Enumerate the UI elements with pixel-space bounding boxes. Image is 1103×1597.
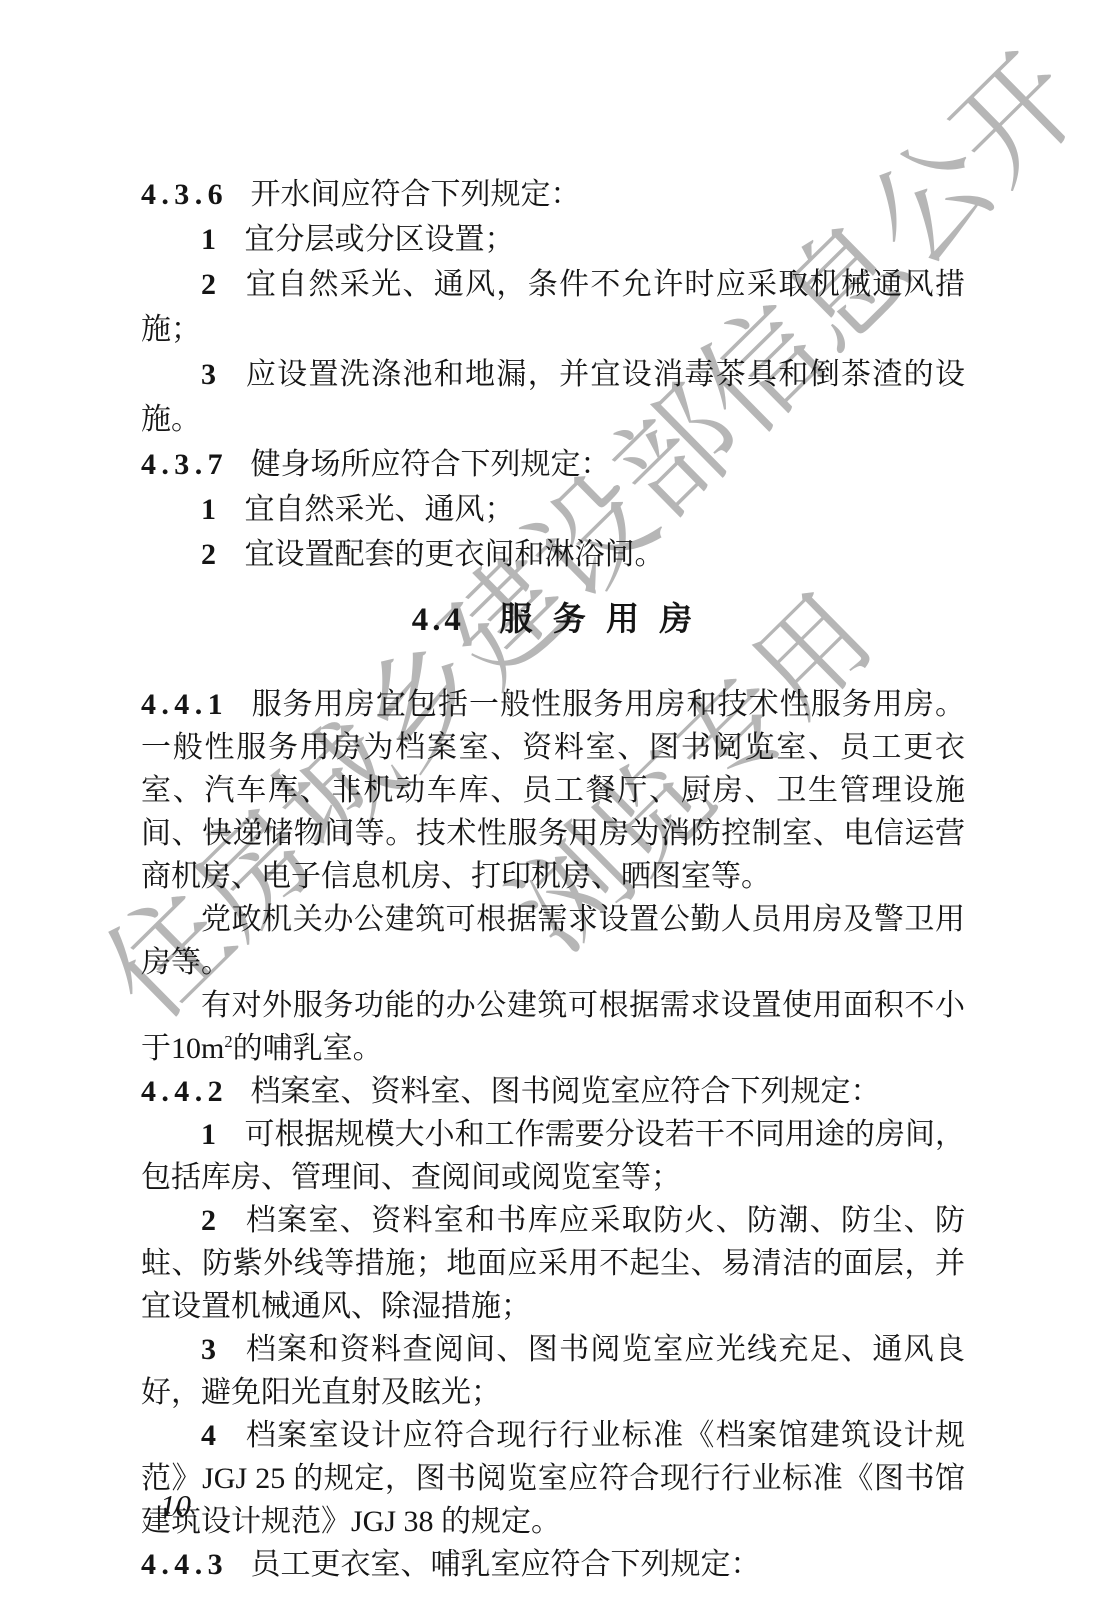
section-title: 服 务 用 房: [500, 602, 695, 638]
clause-4-4-2-item-4: 4档案室设计应符合现行行业标准《档案馆建筑设计规范》JGJ 25 的规定，图书阅…: [141, 1414, 965, 1543]
section-number: 4.4: [412, 602, 465, 638]
clause-4-3-6-item-3: 3应设置洗涤池和地漏，并宜设消毒茶具和倒茶渣的设施。: [141, 352, 965, 442]
clause-4-4-2-item-2: 2档案室、资料室和书库应采取防火、防潮、防尘、防蛀、防紫外线等措施；地面应采用不…: [141, 1199, 965, 1328]
clause-4-4-2-item-3: 3档案和资料查阅间、图书阅览室应光线充足、通风良好，避免阳光直射及眩光；: [141, 1328, 965, 1414]
section-heading-4-4: 4.4服 务 用 房: [141, 598, 965, 643]
clause-text: 档案室、资料室、图书阅览室应符合下列规定：: [251, 1075, 881, 1108]
section-4-4-body: 4.4.1服务用房宜包括一般性服务用房和技术性服务用房。一般性服务用房为档案室、…: [141, 683, 965, 1586]
superscript-2: 2: [224, 1032, 232, 1051]
item-text: 档案和资料查阅间、图书阅览室应光线充足、通风良好，避免阳光直射及眩光；: [141, 1333, 965, 1409]
clause-number: 4.4.1: [141, 688, 228, 721]
item-number: 2: [201, 538, 216, 571]
page-content: 4.3.6开水间应符合下列规定： 1宜分层或分区设置； 2宜自然采光、通风，条件…: [141, 172, 965, 1586]
clause-4-4-2: 4.4.2档案室、资料室、图书阅览室应符合下列规定：: [141, 1070, 965, 1113]
clause-number: 4.4.3: [141, 1548, 228, 1581]
clause-number: 4.4.2: [141, 1075, 228, 1108]
item-number: 1: [201, 223, 216, 256]
paragraph-muru: 有对外服务功能的办公建筑可根据需求设置使用面积不小于10m2的哺乳室。: [141, 984, 965, 1070]
document-page: 住房城乡建设部信息公开 浏览专用 4.3.6开水间应符合下列规定： 1宜分层或分…: [0, 0, 1103, 1597]
item-number: 2: [201, 1204, 216, 1237]
clause-4-3-6-item-1: 1宜分层或分区设置；: [141, 217, 965, 262]
clause-4-3-6-item-2: 2宜自然采光、通风，条件不允许时应采取机械通风措施；: [141, 262, 965, 352]
clause-4-4-1: 4.4.1服务用房宜包括一般性服务用房和技术性服务用房。一般性服务用房为档案室、…: [141, 683, 965, 898]
page-number: 10: [160, 1487, 191, 1525]
item-text: 可根据规模大小和工作需要分设若干不同用途的房间，包括库房、管理间、查阅间或阅览室…: [141, 1118, 965, 1194]
item-number: 4: [201, 1419, 216, 1452]
paragraph-text: 的哺乳室。: [233, 1032, 383, 1065]
item-number: 3: [201, 358, 216, 391]
clause-4-4-2-item-1: 1可根据规模大小和工作需要分设若干不同用途的房间，包括库房、管理间、查阅间或阅览…: [141, 1113, 965, 1199]
clause-text: 开水间应符合下列规定：: [251, 178, 581, 211]
item-number: 2: [201, 268, 216, 301]
clause-number: 4.3.6: [141, 178, 228, 211]
item-text: 宜分层或分区设置；: [245, 223, 515, 256]
clause-text: 健身场所应符合下列规定：: [251, 448, 611, 481]
item-number: 1: [201, 1118, 216, 1151]
item-text: 宜设置配套的更衣间和淋浴间。: [245, 538, 665, 571]
clause-4-3-7-item-1: 1宜自然采光、通风；: [141, 487, 965, 532]
item-text: 宜自然采光、通风；: [245, 493, 515, 526]
item-text: 档案室设计应符合现行行业标准《档案馆建筑设计规范》JGJ 25 的规定，图书阅览…: [141, 1419, 965, 1538]
item-text: 档案室、资料室和书库应采取防火、防潮、防尘、防蛀、防紫外线等措施；地面应采用不起…: [141, 1204, 965, 1323]
clause-text: 服务用房宜包括一般性服务用房和技术性服务用房。一般性服务用房为档案室、资料室、图…: [141, 688, 965, 893]
clause-4-3-7: 4.3.7健身场所应符合下列规定：: [141, 442, 965, 487]
item-number: 3: [201, 1333, 216, 1366]
section-4-3-tail: 4.3.6开水间应符合下列规定： 1宜分层或分区设置； 2宜自然采光、通风，条件…: [141, 172, 965, 577]
item-text: 宜自然采光、通风，条件不允许时应采取机械通风措施；: [141, 268, 965, 346]
clause-4-3-6: 4.3.6开水间应符合下列规定：: [141, 172, 965, 217]
item-number: 1: [201, 493, 216, 526]
clause-4-4-3: 4.4.3员工更衣室、哺乳室应符合下列规定：: [141, 1543, 965, 1586]
clause-text: 员工更衣室、哺乳室应符合下列规定：: [251, 1548, 761, 1581]
clause-number: 4.3.7: [141, 448, 228, 481]
clause-4-3-7-item-2: 2宜设置配套的更衣间和淋浴间。: [141, 532, 965, 577]
item-text: 应设置洗涤池和地漏，并宜设消毒茶具和倒茶渣的设施。: [141, 358, 965, 436]
paragraph-dangzheng: 党政机关办公建筑可根据需求设置公勤人员用房及警卫用房等。: [141, 898, 965, 984]
